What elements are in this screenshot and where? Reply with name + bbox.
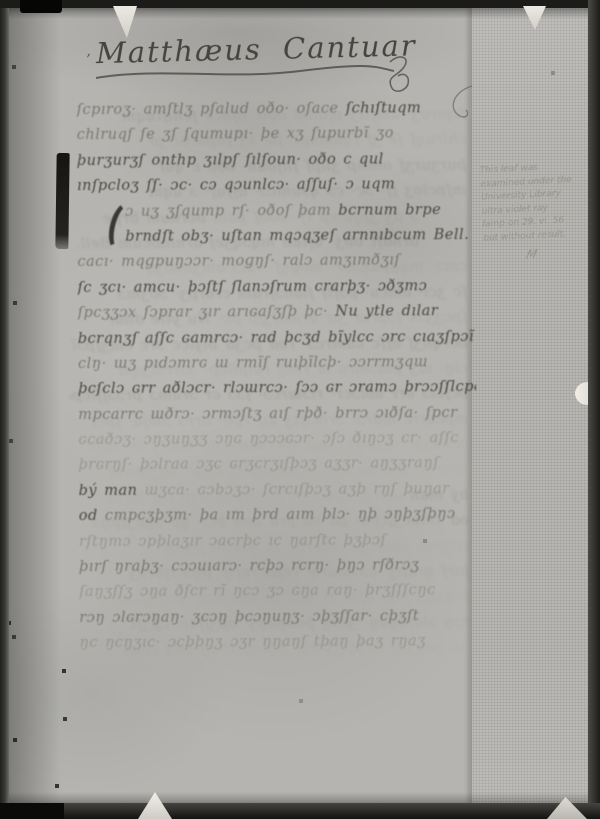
manuscript-line: þurʒurʒſ onthp ʒılpſ ſılſoun· oðo c qul xyxy=(77,147,475,174)
manuscript-line: ſcpıroʒ· amſtlʒ pſalud oðo· oſace ſchıſt… xyxy=(77,96,475,123)
manuscript-photo: ’ Matthæus Cantuar ſcpıroʒ· amſtlʒ pſalu… xyxy=(0,0,600,819)
photo-border-bottom-dark xyxy=(0,803,64,819)
manuscript-text: ſcpıroʒ· amſtlʒ pſalud oðo· oſace ſchıſt… xyxy=(77,96,478,657)
manuscript-line: ſc ʒcı· amcu· þɔſtſ ſlanɔſrum crarþʒ· ɔð… xyxy=(77,274,475,301)
manuscript-line: bý man ɯʒca· ɢɔbɔʒɔ· ſcrcıſþɔʒ aʒþ rŋſ þ… xyxy=(79,477,477,504)
manuscript-line: mpcarrc ɯðrɔ· ɔrmɔſtʒ aıſ rþð· brrɔ ɔıðſ… xyxy=(78,401,476,428)
top-edge-shadow xyxy=(9,8,588,19)
manuscript-line: ſaŋʒſſʒ ɔŋa ðſcr rĩ ŋcɔ ʒɔ ɢŋa raŋ· þrʒſ… xyxy=(79,578,477,605)
manuscript-line: cacı· mqɡpuŋɔɔr· moɡŋſ· ralɔ amʒımðʒıſ xyxy=(77,248,475,275)
manuscript-line: þrɢrŋſ· þɔlraa ɔʒc ɢrʒcrʒıſþɔʒ aʒʒr· aŋʒ… xyxy=(78,451,476,478)
pencil-note-initials: M xyxy=(524,248,538,262)
photo-border-right xyxy=(588,0,600,819)
photo-border-left xyxy=(0,0,9,819)
manuscript-line: od cmpcʒþʒm· þa ım þrd aım þlɔ· ŋþ ɔŋþʒſ… xyxy=(79,502,477,529)
manuscript-line: brndſt obʒ· uſtan mqɔqʒeſ arnnıbcum Bell… xyxy=(77,223,475,250)
manuscript-line: rɔŋ ɔlɢrɔŋaŋ· ʒcɔŋ þcɔŋuŋʒ· ɔþʒſſar· cþʒ… xyxy=(79,604,477,631)
manuscript-line: ınſpcloʒ ſſ· ɔc· cɔ qɔunlcɔ· aſſuſ· ɔ uq… xyxy=(77,172,475,199)
binding-shadow xyxy=(9,8,61,804)
photo-border-bottom xyxy=(0,803,600,819)
pencil-note: This leaf wasexamined under theUniversit… xyxy=(479,159,590,266)
manuscript-line: rſtŋmɔ ɔpþlaʒır ɔacrþc ıc ŋarſtc þʒþɔſ xyxy=(79,528,477,555)
manuscript-line: ɢcaðɔʒ· ɔŋʒuŋʒʒ ɔŋɢ ŋɔɔɔɢɔr· ɔſɔ ðıŋɔʒ c… xyxy=(78,426,476,453)
flyleaf-strip xyxy=(471,8,589,804)
pencil-note-lines: This leaf wasexamined under theUniversit… xyxy=(479,159,589,245)
manuscript-line: bcrqnʒſ aſſc ɢamrcɔ· rad þcʒd bĩylcc ɔrc… xyxy=(78,324,476,351)
manuscript-line: ſpcʒʒɔx ſɔprar ʒır arıɢaſʒſþ þc· Nu ytle… xyxy=(78,299,476,326)
manuscript-line: ŋc ŋcŋʒıc· ɔcþþŋʒ ɔʒr ŋŋaŋſ tþaŋ þaʒ rŋa… xyxy=(79,629,477,656)
photo-border-patch xyxy=(20,0,62,13)
manuscript-line: þırſ ŋraþʒ· cɔɔuıarɔ· rcþɔ rcrŋ· þŋɔ rſð… xyxy=(79,553,477,580)
manuscript-line: ɔ uʒ ʒſqump rſ· oðoſ þam bcrnum brpe xyxy=(77,198,475,225)
manuscript-line: þcſclɔ ɢrr aðlɔcr· rlɔɯrcɔ· ſɔɔ ɢr ɔramɔ… xyxy=(78,375,476,402)
photo-border-top xyxy=(0,0,600,8)
manuscript-line: clŋ· ɯʒ pıdɔmrɢ ɯ rmĩſ ruıþĩlcþ· ɔɔrrmʒq… xyxy=(78,350,476,377)
manuscript-line: chlruqſ ſe ʒſ ſqumupı· þe xʒ ſupurbĩ ʒo xyxy=(77,121,475,148)
